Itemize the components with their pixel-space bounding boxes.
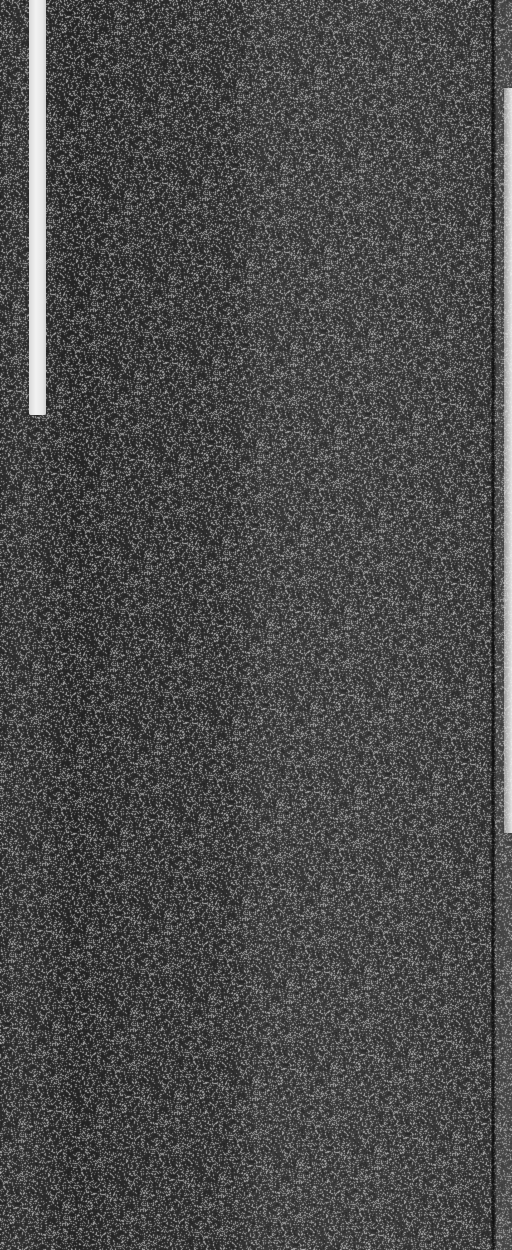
pavement-crack bbox=[491, 0, 495, 1250]
white-lane-marking bbox=[29, 0, 46, 415]
edge-line-marking bbox=[504, 88, 512, 833]
road-surface-image bbox=[0, 0, 512, 1250]
asphalt-texture bbox=[0, 0, 512, 1250]
